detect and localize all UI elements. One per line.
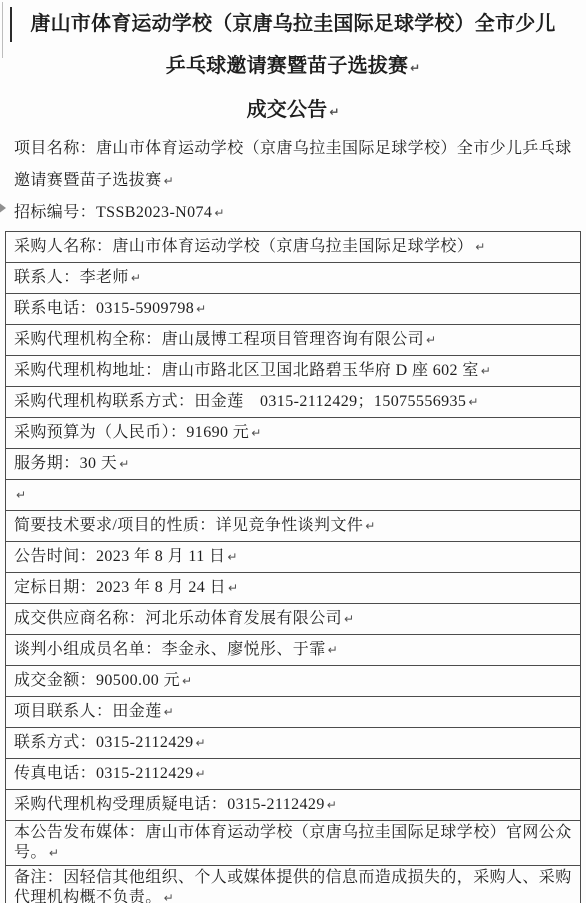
title-line-1: 唐山市体育运动学校（京唐乌拉圭国际足球学校）全市少儿: [0, 3, 586, 45]
table-row-text: 成交金额：90500.00 元: [14, 672, 180, 689]
title-text: 乒乓球邀请赛暨苗子选拔赛: [166, 55, 408, 77]
table-row-text: 本公告发布媒体：唐山市体育运动学校（京唐乌拉圭国际足球学校）官网公众号。: [14, 824, 572, 861]
title-text: 成交公告: [247, 99, 328, 121]
paragraph-mark-icon: ↵: [328, 643, 338, 657]
table-row: 项目联系人：田金莲↵: [6, 697, 580, 728]
paragraph-mark-icon: ↵: [327, 798, 337, 812]
paragraph-mark-icon: ↵: [164, 174, 174, 188]
paragraph-mark-icon: ↵: [481, 364, 491, 378]
table-row: 服务期：30 天↵: [6, 449, 580, 480]
announcement-table: 采购人名称：唐山市体育运动学校（京唐乌拉圭国际足球学校）↵联系人：李老师↵联系电…: [5, 231, 581, 903]
table-row: 备注：因轻信其他组织、个人或媒体提供的信息而造成损失的，采购人、采购代理机构概不…: [6, 866, 580, 903]
table-row-text: 采购代理机构地址：唐山市路北区卫国北路碧玉华府 D 座 602 室: [14, 362, 479, 379]
table-row-text: 简要技术要求/项目的性质：详见竞争性谈判文件: [14, 517, 363, 534]
table-row: 联系人：李老师↵: [6, 263, 580, 294]
paragraph-mark-icon: ↵: [196, 302, 206, 316]
title-text: 唐山市体育运动学校（京唐乌拉圭国际足球学校）全市少儿: [30, 13, 555, 35]
table-row: 公告时间：2023 年 8 月 11 日↵: [6, 542, 580, 573]
paragraph-mark-icon: ↵: [119, 457, 129, 471]
table-row-text: 定标日期：2023 年 8 月 24 日: [14, 579, 226, 596]
intro-paragraphs: 项目名称：唐山市体育运动学校（京唐乌拉圭国际足球学校）全市少儿乒乓球邀请赛暨苗子…: [0, 133, 586, 229]
paragraph-mark-icon: ↵: [475, 240, 485, 254]
table-row: 本公告发布媒体：唐山市体育运动学校（京唐乌拉圭国际足球学校）官网公众号。↵: [6, 821, 580, 866]
table-row: 成交金额：90500.00 元↵: [6, 666, 580, 697]
table-row-text: 联系电话：0315-5909798: [14, 300, 194, 317]
table-row-text: 采购代理机构全称：唐山晟博工程项目管理咨询有限公司: [14, 331, 424, 348]
table-row-text: 采购代理机构联系方式：田金莲 0315-2112429；15075556935: [14, 393, 466, 410]
paragraph-mark-icon: ↵: [16, 488, 26, 502]
paragraph-mark-icon: ↵: [196, 736, 206, 750]
table-row-text: 联系方式：0315-2112429: [14, 734, 194, 751]
paragraph-mark-icon: ↵: [49, 846, 59, 860]
title-line-2: 乒乓球邀请赛暨苗子选拔赛↵: [0, 45, 586, 89]
table-row: 成交供应商名称：河北乐动体育发展有限公司↵: [6, 604, 580, 635]
announcement-type-title: 成交公告↵: [0, 89, 586, 133]
table-row: 传真电话：0315-2112429↵: [6, 759, 580, 790]
page-edge-artifact: [2, 2, 3, 58]
project-name-paragraph: 项目名称：唐山市体育运动学校（京唐乌拉圭国际足球学校）全市少儿乒乓球邀请赛暨苗子…: [0, 133, 578, 197]
table-row-text: 采购预算为（人民币）：91690 元: [14, 424, 249, 441]
table-row-text: 联系人：李老师: [14, 269, 129, 286]
paragraph-mark-icon: ↵: [164, 891, 174, 903]
paragraph-mark-icon: ↵: [468, 395, 478, 409]
paragraph-mark-icon: ↵: [164, 705, 174, 719]
table-row: 简要技术要求/项目的性质：详见竞争性谈判文件↵: [6, 511, 580, 542]
table-row-text: 谈判小组成员名单：李金永、廖悦彤、于霏: [14, 641, 326, 658]
table-row-text: 服务期：30 天: [14, 455, 117, 472]
paragraph-text: 项目名称：唐山市体育运动学校（京唐乌拉圭国际足球学校）全市少儿乒乓球邀请赛暨苗子…: [14, 140, 572, 189]
text-cursor: [10, 7, 12, 42]
paragraph-mark-icon: ↵: [228, 581, 238, 595]
table-row: 定标日期：2023 年 8 月 24 日↵: [6, 573, 580, 604]
table-row-text: 备注：因轻信其他组织、个人或媒体提供的信息而造成损失的，采购人、采购代理机构概不…: [14, 869, 572, 903]
table-row-text: 公告时间：2023 年 8 月 11 日: [14, 548, 225, 565]
table-row: 采购人名称：唐山市体育运动学校（京唐乌拉圭国际足球学校）↵: [6, 232, 580, 263]
table-row: 采购预算为（人民币）：91690 元↵: [6, 418, 580, 449]
paragraph-mark-icon: ↵: [182, 674, 192, 688]
table-row: 联系电话：0315-5909798↵: [6, 294, 580, 325]
margin-arrow-icon: [0, 202, 6, 214]
paragraph-text: 招标编号：TSSB2023-N074: [14, 204, 212, 221]
table-row-text: 传真电话：0315-2112429: [14, 765, 194, 782]
paragraph-mark-icon: ↵: [365, 519, 375, 533]
document-title: 唐山市体育运动学校（京唐乌拉圭国际足球学校）全市少儿 乒乓球邀请赛暨苗子选拔赛↵…: [0, 3, 586, 133]
table-row-text: 项目联系人：田金莲: [14, 703, 162, 720]
tender-number-paragraph: 招标编号：TSSB2023-N074↵: [0, 197, 578, 229]
announcement-document: 唐山市体育运动学校（京唐乌拉圭国际足球学校）全市少儿 乒乓球邀请赛暨苗子选拔赛↵…: [0, 0, 586, 903]
table-row: 谈判小组成员名单：李金永、廖悦彤、于霏↵: [6, 635, 580, 666]
paragraph-mark-icon: ↵: [196, 767, 206, 781]
table-row-text: 采购代理机构受理质疑电话：0315-2112429: [14, 796, 325, 813]
table-row: 采购代理机构全称：唐山晟博工程项目管理咨询有限公司↵: [6, 325, 580, 356]
table-row-text: 采购人名称：唐山市体育运动学校（京唐乌拉圭国际足球学校）: [14, 238, 473, 255]
paragraph-mark-icon: ↵: [227, 550, 237, 564]
table-row: 采购代理机构联系方式：田金莲 0315-2112429；15075556935↵: [6, 387, 580, 418]
table-row: 采购代理机构受理质疑电话：0315-2112429↵: [6, 790, 580, 821]
paragraph-mark-icon: ↵: [410, 61, 420, 75]
paragraph-mark-icon: ↵: [214, 206, 224, 220]
paragraph-mark-icon: ↵: [251, 426, 261, 440]
paragraph-mark-icon: ↵: [329, 105, 339, 119]
paragraph-mark-icon: ↵: [344, 612, 354, 626]
paragraph-mark-icon: ↵: [426, 333, 436, 347]
table-row-text: 成交供应商名称：河北乐动体育发展有限公司: [14, 610, 342, 627]
table-row: 联系方式：0315-2112429↵: [6, 728, 580, 759]
table-row: 采购代理机构地址：唐山市路北区卫国北路碧玉华府 D 座 602 室↵: [6, 356, 580, 387]
paragraph-mark-icon: ↵: [131, 271, 141, 285]
table-row: ↵: [6, 480, 580, 511]
